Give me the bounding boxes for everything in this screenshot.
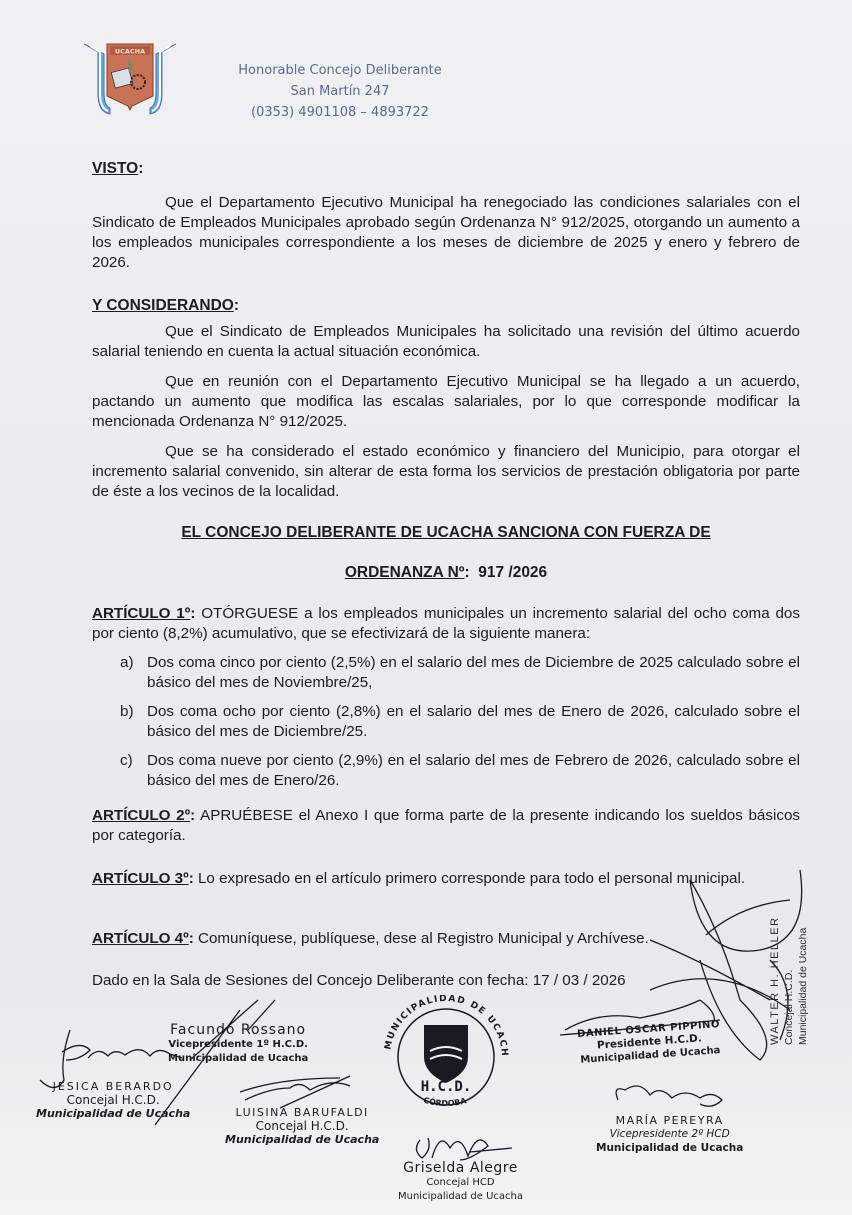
signature-walter-heller: WALTER H. HELLER Concejal H.C.D. Municip… <box>768 916 810 1045</box>
svg-text:UCACHA: UCACHA <box>115 48 145 56</box>
ordinance-document: UCACHA Honorable Concejo Deliberante San… <box>0 0 852 1215</box>
list-item: a)Dos coma cinco por ciento (2,5%) en el… <box>120 653 800 693</box>
signature-facundo-rossano: Facundo Rossano Vicepresidente 1º H.C.D.… <box>168 1022 308 1066</box>
signature-jesica-berardo: JESICA BERARDO Concejal H.C.D. Municipal… <box>36 1080 190 1121</box>
article-4: ARTÍCULO 4º: Comuníquese, publíquese, de… <box>92 929 800 949</box>
letterhead: Honorable Concejo Deliberante San Martín… <box>230 60 450 123</box>
hcd-official-seal: MUNICIPALIDAD DE UCACHA H.C.D. CÓRDOBA <box>376 995 516 1115</box>
list-item: c)Dos coma nueve por ciento (2,9%) en el… <box>120 751 800 791</box>
institution-address: San Martín 247 <box>230 81 450 102</box>
institution-phone: (0353) 4901108 – 4893722 <box>230 102 450 123</box>
article-1-items: a)Dos coma cinco por ciento (2,5%) en el… <box>120 653 800 800</box>
signature-daniel-oscar-pippino: DANIEL OSCAR PIPPINO Presidente H.C.D. M… <box>577 1019 722 1068</box>
visto-heading: VISTO: <box>92 160 143 178</box>
svg-text:MUNICIPALIDAD DE UCACHA: MUNICIPALIDAD DE UCACHA <box>376 995 509 1058</box>
ordinance-label: ORDENANZA Nº <box>345 564 465 581</box>
closing-date-line: Dado en la Sala de Sesiones del Concejo … <box>92 971 800 991</box>
considerando-section: Que el Sindicato de Empleados Municipale… <box>92 322 800 502</box>
visto-paragraph: Que el Departamento Ejecutivo Municipal … <box>92 193 800 273</box>
article-2: ARTÍCULO 2º: APRUÉBESE el Anexo I que fo… <box>92 806 800 846</box>
list-item: b)Dos coma ocho por ciento (2,8%) en el … <box>120 702 800 742</box>
ordinance-number-line: ORDENANZA Nº: 917 /2026 <box>92 564 800 582</box>
sanction-title: EL CONCEJO DELIBERANTE DE UCACHA SANCION… <box>92 524 800 542</box>
ucacha-coat-of-arms-logo: UCACHA <box>80 34 180 118</box>
considerando-heading: Y CONSIDERANDO: <box>92 297 239 315</box>
considerando-paragraph: Que el Sindicato de Empleados Municipale… <box>92 322 800 362</box>
signature-maria-pereyra: MARÍA PEREYRA Vicepresidente 2º HCD Muni… <box>596 1114 743 1155</box>
visto-section: Que el Departamento Ejecutivo Municipal … <box>92 193 800 273</box>
signature-griselda-alegre: Griselda Alegre Concejal HCD Municipalid… <box>398 1160 523 1204</box>
institution-name: Honorable Concejo Deliberante <box>230 60 450 81</box>
article-3: ARTÍCULO 3º: Lo expresado en el artículo… <box>92 869 800 889</box>
signature-luisina-barufaldi: LUISINA BARUFALDI Concejal H.C.D. Munici… <box>225 1106 379 1147</box>
article-1: ARTÍCULO 1º: OTÓRGUESE a los empleados m… <box>92 604 800 644</box>
considerando-paragraph: Que en reunión con el Departamento Ejecu… <box>92 372 800 432</box>
considerando-paragraph: Que se ha considerado el estado económic… <box>92 442 800 502</box>
ordinance-number: 917 /2026 <box>478 564 547 581</box>
svg-text:H.C.D.: H.C.D. <box>421 1079 472 1095</box>
svg-text:CÓRDOBA: CÓRDOBA <box>422 1095 468 1108</box>
